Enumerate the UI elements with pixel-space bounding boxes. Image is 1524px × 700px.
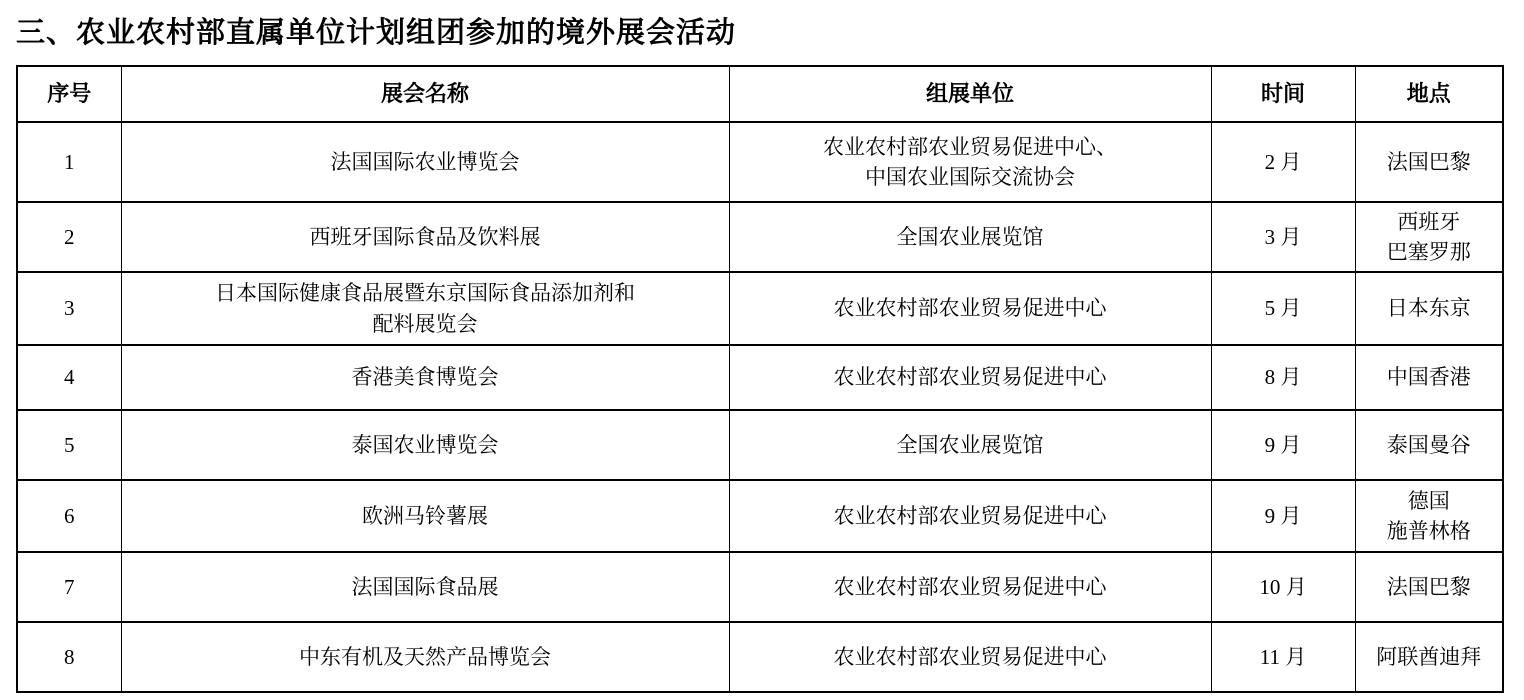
cell-time: 10 月: [1211, 552, 1355, 622]
cell-location: 法国巴黎: [1355, 552, 1503, 622]
cell-time: 3 月: [1211, 202, 1355, 272]
cell-no: 8: [17, 622, 121, 692]
cell-location: 阿联酋迪拜: [1355, 622, 1503, 692]
cell-time: 5 月: [1211, 272, 1355, 345]
exhibition-schedule-table: 序号 展会名称 组展单位 时间 地点 1 法国国际农业博览会 农业农村部农业贸易…: [16, 65, 1504, 693]
cell-organizer: 农业农村部农业贸易促进中心: [729, 480, 1211, 552]
table-header-row: 序号 展会名称 组展单位 时间 地点: [17, 66, 1503, 122]
cell-organizer: 全国农业展览馆: [729, 410, 1211, 480]
column-header-time: 时间: [1211, 66, 1355, 122]
cell-location: 西班牙 巴塞罗那: [1355, 202, 1503, 272]
cell-no: 5: [17, 410, 121, 480]
table-row: 2 西班牙国际食品及饮料展 全国农业展览馆 3 月 西班牙 巴塞罗那: [17, 202, 1503, 272]
table-row: 8 中东有机及天然产品博览会 农业农村部农业贸易促进中心 11 月 阿联酋迪拜: [17, 622, 1503, 692]
cell-location: 中国香港: [1355, 345, 1503, 410]
column-header-location: 地点: [1355, 66, 1503, 122]
table-row: 6 欧洲马铃薯展 农业农村部农业贸易促进中心 9 月 德国 施普林格: [17, 480, 1503, 552]
cell-name: 西班牙国际食品及饮料展: [121, 202, 729, 272]
cell-organizer: 全国农业展览馆: [729, 202, 1211, 272]
cell-organizer: 农业农村部农业贸易促进中心: [729, 622, 1211, 692]
cell-organizer: 农业农村部农业贸易促进中心: [729, 272, 1211, 345]
cell-organizer: 农业农村部农业贸易促进中心: [729, 552, 1211, 622]
cell-no: 1: [17, 122, 121, 202]
cell-time: 9 月: [1211, 410, 1355, 480]
cell-no: 2: [17, 202, 121, 272]
cell-no: 6: [17, 480, 121, 552]
cell-name: 日本国际健康食品展暨东京国际食品添加剂和 配料展览会: [121, 272, 729, 345]
cell-name: 中东有机及天然产品博览会: [121, 622, 729, 692]
table-row: 4 香港美食博览会 农业农村部农业贸易促进中心 8 月 中国香港: [17, 345, 1503, 410]
cell-no: 4: [17, 345, 121, 410]
cell-location: 日本东京: [1355, 272, 1503, 345]
cell-time: 2 月: [1211, 122, 1355, 202]
table-row: 5 泰国农业博览会 全国农业展览馆 9 月 泰国曼谷: [17, 410, 1503, 480]
cell-name: 欧洲马铃薯展: [121, 480, 729, 552]
cell-name: 香港美食博览会: [121, 345, 729, 410]
cell-no: 7: [17, 552, 121, 622]
cell-name: 法国国际食品展: [121, 552, 729, 622]
cell-no: 3: [17, 272, 121, 345]
cell-organizer: 农业农村部农业贸易促进中心、 中国农业国际交流协会: [729, 122, 1211, 202]
cell-name: 法国国际农业博览会: [121, 122, 729, 202]
cell-location: 法国巴黎: [1355, 122, 1503, 202]
column-header-name: 展会名称: [121, 66, 729, 122]
table-row: 1 法国国际农业博览会 农业农村部农业贸易促进中心、 中国农业国际交流协会 2 …: [17, 122, 1503, 202]
column-header-organizer: 组展单位: [729, 66, 1211, 122]
column-header-no: 序号: [17, 66, 121, 122]
page-title: 三、农业农村部直属单位计划组团参加的境外展会活动: [16, 10, 1508, 51]
cell-location: 德国 施普林格: [1355, 480, 1503, 552]
document-page: 三、农业农村部直属单位计划组团参加的境外展会活动 序号 展会名称 组展单位 时间…: [0, 0, 1524, 700]
table-row: 7 法国国际食品展 农业农村部农业贸易促进中心 10 月 法国巴黎: [17, 552, 1503, 622]
table-row: 3 日本国际健康食品展暨东京国际食品添加剂和 配料展览会 农业农村部农业贸易促进…: [17, 272, 1503, 345]
cell-organizer: 农业农村部农业贸易促进中心: [729, 345, 1211, 410]
cell-location: 泰国曼谷: [1355, 410, 1503, 480]
cell-time: 8 月: [1211, 345, 1355, 410]
cell-time: 9 月: [1211, 480, 1355, 552]
cell-name: 泰国农业博览会: [121, 410, 729, 480]
cell-time: 11 月: [1211, 622, 1355, 692]
